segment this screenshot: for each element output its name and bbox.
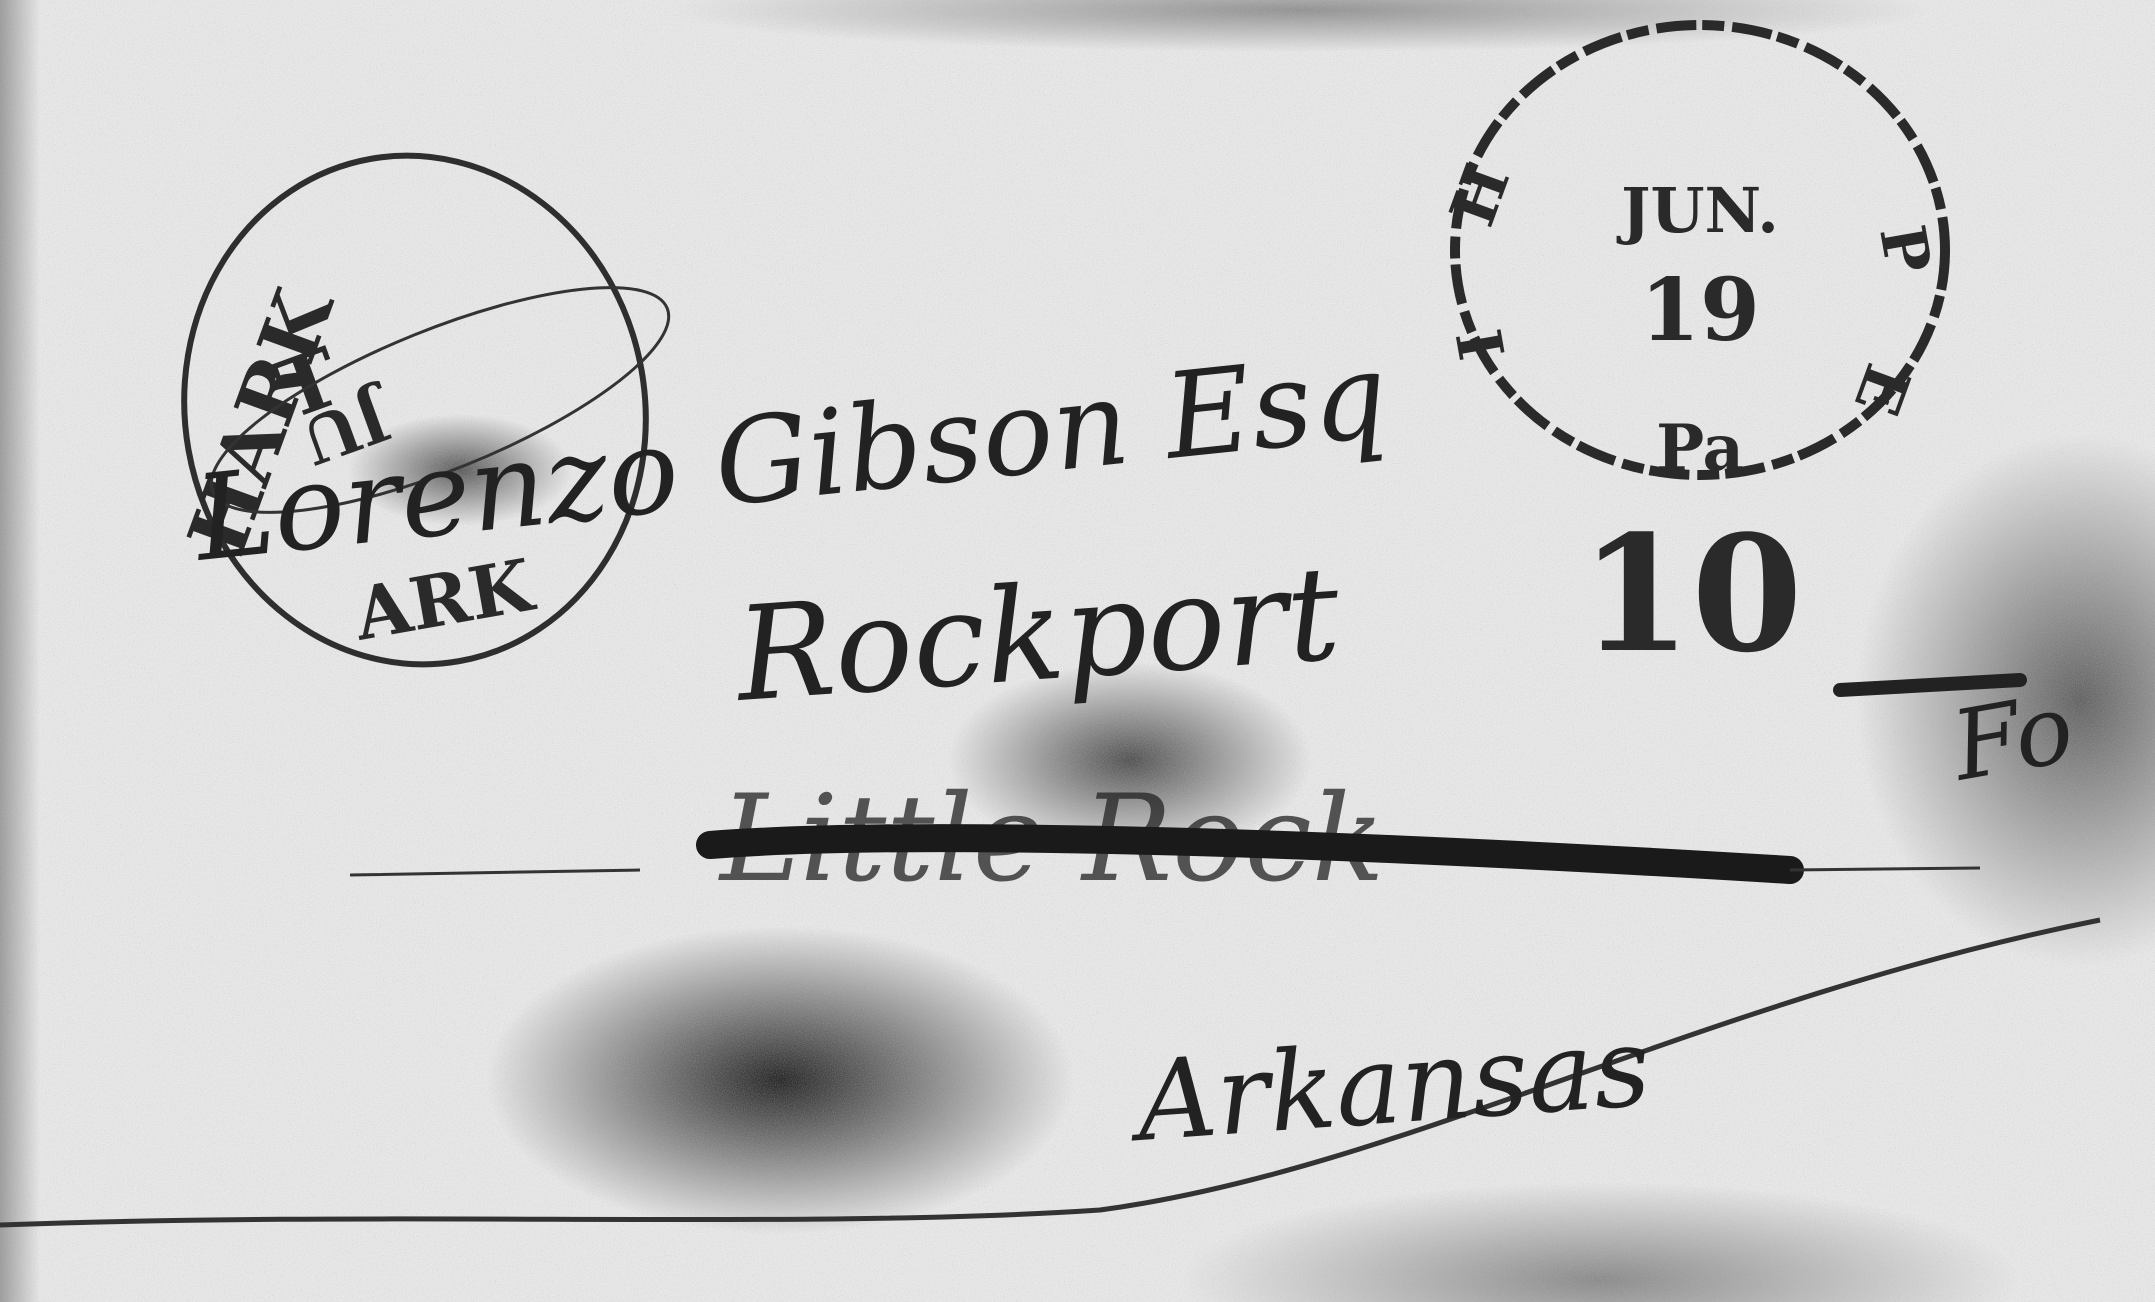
postmark-month: JUN. <box>1616 174 1779 247</box>
postmark-day: 19 <box>1640 260 1760 361</box>
postmark-state: Pa <box>1656 411 1744 486</box>
envelope-markings: JUN. 19 Pa H I P E T JU HARK ARK 10 Lore… <box>0 0 2155 1302</box>
rate-mark: 10 <box>1580 500 1803 688</box>
forwarding-mark: Fo <box>1943 672 2082 803</box>
